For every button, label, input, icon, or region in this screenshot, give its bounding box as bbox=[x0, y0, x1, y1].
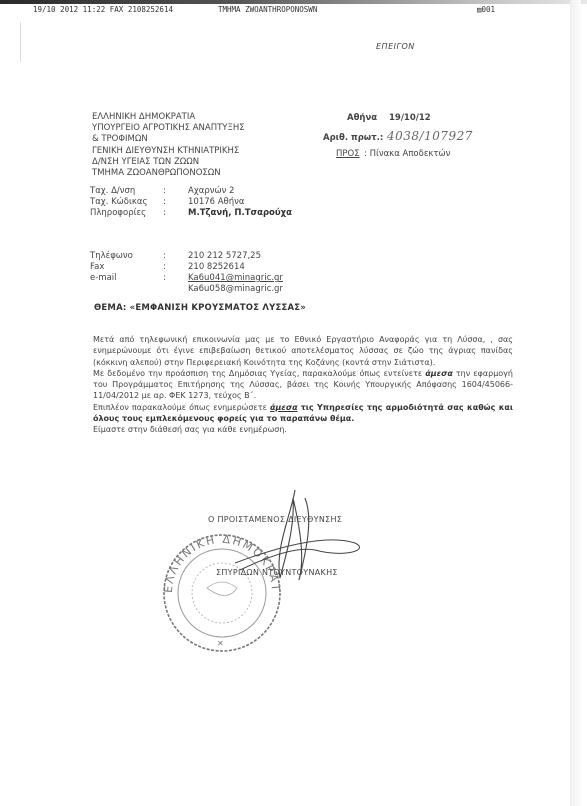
fax-header: 19/10 2012 11:22 FAX 2108252614 TMHMA ZW… bbox=[0, 5, 587, 17]
urgent-label: ΕΠΕΙΓΟΝ bbox=[376, 42, 415, 51]
paragraph: Επιπλέον παρακαλούμε όπως ενημερώσετε άμ… bbox=[93, 402, 513, 425]
protocol-label: Αριθ. πρωτ.: bbox=[323, 133, 383, 143]
signatory-name: ΣΠΥΡΙΔΩΝ ΝΤΟΥΝΤΟΥΝΑΚΗΣ bbox=[216, 568, 338, 577]
fax-page: ▤001 bbox=[477, 5, 495, 14]
fax-datetime: 19/10 2012 11:22 FAX 2108252614 bbox=[33, 5, 173, 14]
scan-right-edge bbox=[570, 0, 581, 806]
email-link[interactable]: Ka6u041@minagric.gr bbox=[188, 273, 283, 283]
paragraph: Με δεδομένο την προάσπιση της Δημόσιας Υ… bbox=[93, 368, 513, 402]
agency-line: Δ/ΝΣΗ ΥΓΕΙΑΣ ΤΩΝ ΖΩΩΝ bbox=[92, 157, 245, 168]
email-link[interactable]: Ka6u058@minagric.gr bbox=[188, 284, 283, 294]
letter-body: Μετά από τηλεφωνική επικοινωνία μας με τ… bbox=[93, 334, 513, 436]
scan-top-edge bbox=[0, 0, 587, 4]
protocol-number: 4038/107927 bbox=[387, 129, 473, 143]
signatory-title: Ο ΠΡΟΙΣΤΑΜΕΝΟΣ ΔΙΕΥΘΥΝΣΗΣ bbox=[208, 515, 342, 524]
agency-line: ΕΛΛΗΝΙΚΗ ΔΗΜΟΚΡΑΤΙΑ bbox=[92, 112, 245, 123]
agency-line: ΤΜΗΜΑ ΖΩΟΑΝΘΡΩΠΟΝΟΣΩΝ bbox=[92, 168, 245, 179]
paragraph: Είμαστε στην διάθεσή σας για κάθε ενημέρ… bbox=[93, 424, 513, 435]
recipients-label: ΠΡΟΣ bbox=[336, 149, 360, 159]
agency-header: ΕΛΛΗΝΙΚΗ ΔΗΜΟΚΡΑΤΙΑ ΥΠΟΥΡΓΕΙΟ ΑΓΡΟΤΙΚΗΣ … bbox=[92, 112, 245, 179]
scan-left-mark bbox=[20, 22, 21, 62]
paragraph: Μετά από τηλεφωνική επικοινωνία μας με τ… bbox=[93, 334, 513, 368]
document-date: 19/10/12 bbox=[389, 113, 431, 123]
agency-line: & ΤΡΟΦΙΜΩΝ bbox=[92, 134, 245, 145]
city-label: Αθήνα bbox=[347, 113, 377, 123]
svg-text:✕: ✕ bbox=[217, 639, 224, 648]
recipients-value: : Πίνακα Αποδεκτών bbox=[364, 149, 450, 159]
fax-sender: TMHMA ZWOANTHROPONOSWN bbox=[218, 5, 317, 14]
agency-line: ΥΠΟΥΡΓΕΙΟ ΑΓΡΟΤΙΚΗΣ ΑΝΑΠΤΥΞΗΣ bbox=[92, 123, 245, 134]
subject-line: ΘΕΜΑ: «ΕΜΦΑΝΙΣΗ ΚΡΟΥΣΜΑΤΟΣ ΛΥΣΣΑΣ» bbox=[94, 303, 306, 313]
agency-line: ΓΕΝΙΚΗ ΔΙΕΥΘΥΝΣΗ ΚΤΗΝΙΑΤΡΙΚΗΣ bbox=[92, 146, 245, 157]
